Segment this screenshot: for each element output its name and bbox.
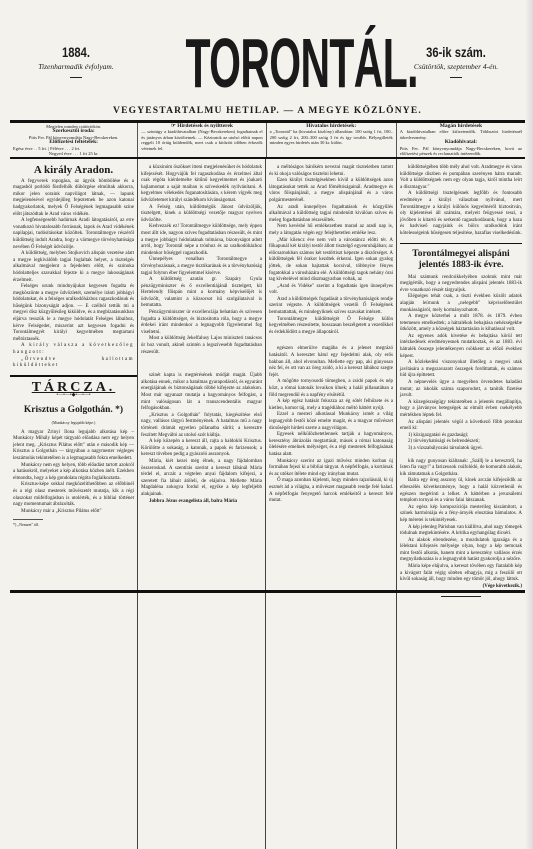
masthead-dash	[450, 77, 462, 78]
masthead-year: 1884.	[28, 44, 124, 60]
report-paragraph: Az egyenes adók kivetése és behajtása kö…	[400, 334, 522, 360]
feuilleton-paragraph: szinét kapta is megtérésének módját magá…	[141, 373, 262, 413]
feuilleton-col2: szinét kapta is megtérésének módját magá…	[141, 373, 262, 505]
article-paragraph: Az aradi ünnepélyes fogadtatások és közg…	[269, 205, 393, 225]
info-ads-heading-text: Hirdetések és nyiltterek	[177, 123, 233, 129]
article-paragraph: „Arad és Vidéke" szerint a fogadtatás ig…	[269, 284, 393, 297]
info-private: Magán hirdetések A kiadóhivatalban előre…	[397, 123, 525, 157]
article-paragraph: a méltóságos bárókém nevezni magát tiszt…	[269, 165, 393, 178]
article-paragraph: Kedvezzék ez! Torontálmegye küldöttsége,…	[141, 224, 262, 257]
article-paragraph: A legfenségesebb hadúrnak Aradi látogatá…	[13, 218, 134, 251]
article-paragraph: Nem kevésbé hű emlékezetben marad az ara…	[269, 224, 393, 237]
masthead-volume: Tizenharmadik évfolyam.	[16, 62, 136, 71]
info-banner: Megjelen minden csütörtökön. Szerkesztői…	[10, 123, 525, 159]
column-4: küldöttségében több mély ahol volt. Arad…	[397, 159, 525, 849]
feuilleton-paragraph: egészen elmerülve magába és a jelenet me…	[269, 346, 393, 379]
article-paragraph: A Felség után, küldöttségük Jánost üdvöz…	[141, 205, 262, 225]
page-edge-shadow	[525, 0, 533, 849]
report-paragraph: A népnevelés ügye a megyében örvendetes …	[400, 380, 522, 400]
feuilleton-paragraph: Egyesek nélkülözhetetlennek tartják a ha…	[269, 432, 393, 458]
feuilleton-paragraph: Az egész kép kompozíciója mesterileg kis…	[400, 505, 522, 525]
report-paragraph: Mai számunk rendcsikkelyében szoktuk min…	[400, 275, 522, 295]
article-paragraph: Pénzügyminiszter úr excellenciája beható…	[141, 310, 262, 336]
masthead-dash	[70, 77, 82, 78]
info-ads-text: — szintúgy a kiadóhivatalban (Nagy-Becsk…	[141, 129, 262, 151]
feuilleton-paragraph: Munkácsy már a „Krisztus Pilátus előtt"	[13, 509, 134, 516]
feuilleton-paragraph: A magyar Zrinyi Ilona legujabb alkotása …	[13, 430, 134, 463]
article-rule	[400, 243, 522, 244]
end-rule	[441, 596, 481, 597]
feuilleton-paragraph: Mária képe elájulva, a kereszt tövében e…	[400, 564, 522, 584]
feuilleton-paragraph: A kép jelenleg Párisban van kiállítva, a…	[400, 525, 522, 538]
newspaper-page: 1884. Tizenharmadik évfolyam. TORONTÁL. …	[10, 0, 525, 849]
article-paragraph: A küldöttségi tisztelgésnek legfőbb és f…	[400, 191, 522, 237]
feuilleton-heading: TÁRCZA.	[13, 385, 134, 392]
article-paragraph: A király válasza a következőleg hangzott…	[13, 343, 134, 356]
info-official-text: a „Torontál" ba (hivatalos közlöny) álla…	[270, 129, 393, 145]
report-paragraph: A közegészségügy tekintetében a jelentés…	[400, 400, 522, 420]
feuilleton-paragraph: Munkácsy szerint az igazi művész minden …	[269, 459, 393, 479]
feuilleton-paragraph: Balra egy öreg asszony ül, kinek arczán …	[400, 478, 522, 504]
footnote: *) „Nemzet" től.	[13, 519, 43, 529]
report-paragraph: Elégséges tehát csak, a tiszti években k…	[400, 294, 522, 314]
feuilleton-paragraph: A mögötte tornyosodó tömegben, a zsidó p…	[269, 379, 393, 399]
article-paragraph: Most a küldöttség Jekelfalusy Lajos mini…	[141, 336, 262, 356]
feuilleton-paragraph: A kép közepén a kereszt áll, rajta a hal…	[141, 439, 262, 459]
article-paragraph: Felséges urunk mindnyájukat kegyesen fog…	[13, 284, 134, 343]
feuilleton-paragraph: Ezzel a mesteri alkotással Munkácsy ismé…	[269, 412, 393, 432]
feuilleton-title: Krisztus a Golgothán. *)	[13, 405, 134, 416]
masthead: 1884. Tizenharmadik évfolyam. TORONTÁL. …	[10, 0, 525, 120]
feuilleton-paragraph: „Krisztus a Golgothán" folytatás, kiegés…	[141, 413, 262, 439]
feuilleton-paragraph: Ő maga azonban kijelenti, hogy minden ra…	[269, 478, 393, 504]
masthead-right: 36-ik szám. Csütörtök, szeptember 4-én.	[391, 44, 521, 78]
article-paragraph: Arad a küldöttségek fogadását a törvényh…	[269, 297, 393, 317]
article-paragraph: Torontálmegye küldöttségét Ő Felsége kül…	[269, 317, 393, 337]
feuilleton-paragraph: kik nagy gunyosan kiáltanak: „Szállj le …	[400, 459, 522, 479]
feuilleton-paragraph: Munkácsy nem egy helyen, több előadást t…	[13, 463, 134, 483]
lead-article-title: A király Aradon.	[13, 167, 134, 174]
feuilleton-paragraph: Az alakok elrendezése, a mozdulatok igaz…	[400, 538, 522, 564]
feuilleton-subtitle: (Munkácsy legujabb képe.)	[13, 420, 134, 427]
info-ads: ☞ Hirdetések és nyiltterek — szintúgy a …	[138, 123, 266, 157]
article-paragraph: Ünnepélyes vonalban Torontálmegye a törv…	[141, 257, 262, 277]
info-subscription-line: Negyed évre . . . 1 frt 25 kr.	[13, 151, 134, 156]
report-paragraph: A megye közterhei a múlt 1878. és 1879. …	[400, 314, 522, 334]
masthead-date: Csütörtök, szeptember 4-én.	[391, 62, 521, 71]
column-1: A király Aradon. A fegyverek ropogása, a…	[10, 159, 138, 849]
feuilleton-divider-rule	[10, 590, 525, 593]
info-official: Hivatalos hirdetések: a „Torontál" ba (h…	[267, 123, 397, 157]
feuilleton-paragraph: Mária, kiét kezei még élnek, a nagy fájd…	[141, 459, 262, 499]
section-rule	[10, 375, 137, 377]
newspaper-title: TORONTÁL.	[186, 28, 341, 97]
feuilleton-paragraph: A kép egész hatását fokozza az ég sötét …	[269, 399, 393, 412]
masthead-tagline: VEGYESTARTALMU HETILAP. — A MEGYE KÖZLÖN…	[10, 106, 525, 116]
article-paragraph: „Örvendve hallottam kiküldötteket	[13, 357, 134, 370]
column-3: a méltóságos bárókém nevezni magát tiszt…	[266, 159, 397, 849]
article-paragraph: a küzsinóm öszökset itteni megjelenésüke…	[141, 165, 262, 205]
feuilleton-paragraph: Krisztus-képe sokkal megközelíthetőbben …	[13, 482, 134, 508]
main-columns: A király Aradon. A fegyverek ropogása, a…	[10, 159, 525, 849]
report-paragraph: Az alispáni jelentés végül a következő f…	[400, 420, 522, 433]
report-paragraph: 1) közigazgatási és gazdasági;	[400, 433, 522, 440]
report-title: Torontálmegyei alispáni jelentés 1883-ik…	[400, 249, 522, 271]
info-publishing: Megjelen minden csütörtökön. Szerkesztői…	[10, 123, 138, 157]
feuilleton-paragraph: Jobbra Jézus evangelista áll, balra Mári…	[141, 499, 262, 506]
article-paragraph: Ezen királyi tisztelgésekben kívül a kül…	[269, 178, 393, 204]
column-2: a küzsinóm öszökset itteni megjelenésüke…	[138, 159, 266, 849]
masthead-issue: 36-ik szám.	[404, 44, 508, 60]
info-publisher-text: Pitis Fer. Pál könyvnyomdája Nagy-Becske…	[400, 146, 522, 157]
article-paragraph: „Már kilencz éve nem volt a várostáncz e…	[269, 238, 393, 284]
article-paragraph: A küldöttség, melyben Stojkovich alispán…	[13, 251, 134, 284]
masthead-left: 1884. Tizenharmadik évfolyam.	[16, 44, 136, 78]
report-paragraph: 2) törvényhatósági és belrendészeti;	[400, 439, 522, 446]
article-paragraph: A küldöttség azután gr. Szapáry Gyula pé…	[141, 277, 262, 310]
article-paragraph: küldöttségében több mély ahol volt. Arad…	[400, 165, 522, 191]
report-paragraph: 3) a vízszabályozási társulatok ügyei.	[400, 446, 522, 453]
report-paragraph: A közlekedési viszonyokat illetőleg a me…	[400, 360, 522, 380]
article-paragraph: A fegyverek ropogása, az ágyúk bömbölése…	[13, 179, 134, 219]
